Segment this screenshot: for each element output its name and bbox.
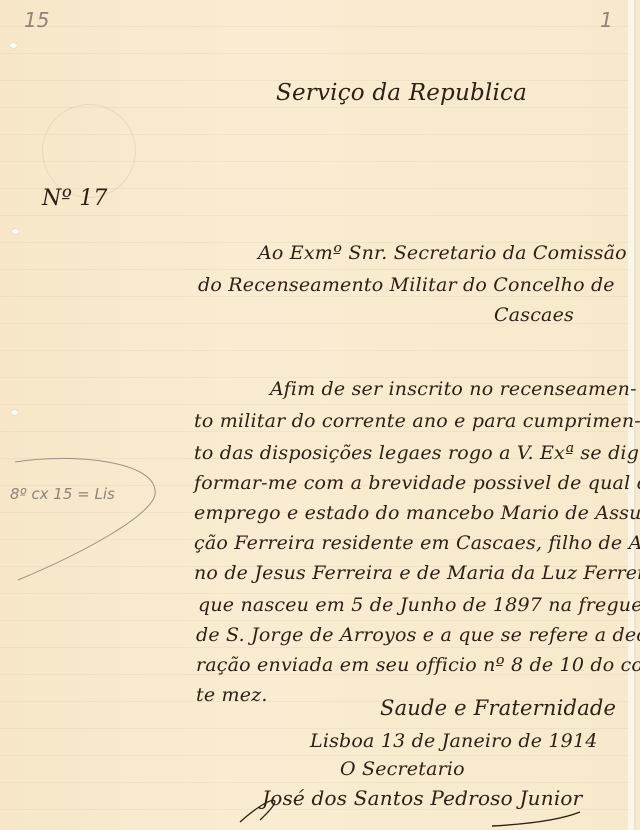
addressee-line: do Recenseamento Militar do Concelho de (198, 274, 615, 296)
embossed-seal (42, 104, 136, 198)
place-date: Lisboa 13 de Janeiro de 1914 (310, 730, 598, 752)
body-line: formar-me com a brevidade possivel de qu… (194, 472, 640, 494)
body-line: no de Jesus Ferreira e de Maria da Luz F… (194, 562, 640, 584)
pencil-bracket (10, 455, 160, 585)
body-line: to das disposições legaes rogo a V. Exª … (194, 442, 640, 464)
page-number-left: 15 (24, 8, 49, 32)
page-number-right: 1 (600, 8, 613, 32)
body-line: de S. Jorge de Arroyos e a que se refere… (196, 624, 640, 646)
letter-page: 15 1 Serviço da Republica Nº 17 Ao Exmº … (0, 0, 636, 830)
closing: Saude e Fraternidade (380, 696, 616, 720)
signature-flourish (230, 790, 590, 830)
reference-number: Nº 17 (42, 186, 108, 211)
punch-hole (11, 410, 18, 415)
body-line: to militar do corrente ano e para cumpri… (194, 410, 640, 432)
body-line: emprego e estado do mancebo Mario de Ass… (194, 502, 640, 524)
letter-header: Serviço da Republica (276, 80, 527, 106)
punch-hole (10, 43, 17, 48)
addressee-line: Ao Exmº Snr. Secretario da Comissão (258, 242, 627, 264)
body-line: ção Ferreira residente em Cascaes, filho… (194, 532, 640, 554)
pencil-annotation: 8º cx 15 = Lis (10, 485, 115, 503)
signatory-title: O Secretario (340, 758, 465, 780)
punch-hole (12, 229, 19, 234)
body-line: Afim de ser inscrito no recenseamen- (270, 378, 637, 400)
body-line: te mez. (196, 684, 268, 706)
body-line: que nasceu em 5 de Junho de 1897 na freg… (198, 594, 640, 616)
addressee-line: Cascaes (494, 304, 574, 326)
body-line: ração enviada em seu officio nº 8 de 10 … (196, 654, 640, 676)
